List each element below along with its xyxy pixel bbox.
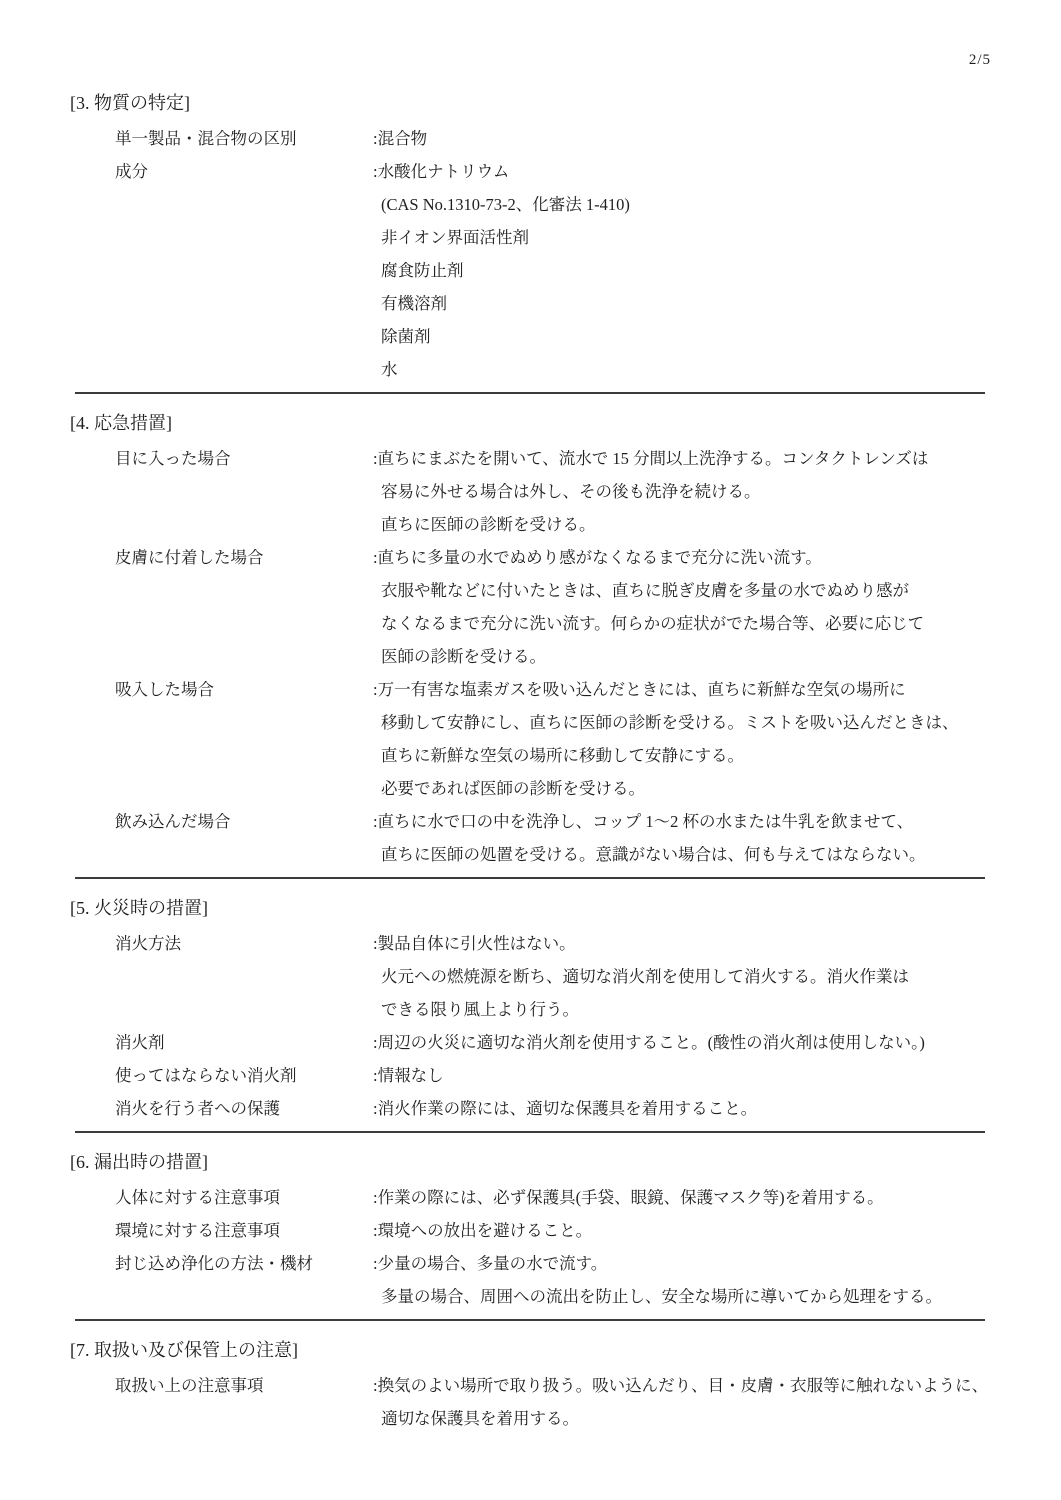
field-value-line: なくなるまで充分に洗い流す。何らかの症状がでた場合等、必要に応じて [373,607,1061,640]
field-label: 人体に対する注意事項 [115,1181,373,1214]
field-label: 封じ込め浄化の方法・機材 [115,1247,373,1280]
field-value-line: 直ちに医師の診断を受ける。 [373,508,1061,541]
field-value-line: :環境への放出を避けること。 [373,1214,1061,1247]
field-value-line: 適切な保護具を着用する。 [373,1402,1061,1435]
field-value: :製品自体に引火性はない。火元への燃焼源を断ち、適切な消火剤を使用して消火する。… [373,927,1061,1026]
sds-document-page: 2/5 [3. 物質の特定]単一製品・混合物の区別:混合物成分:水酸化ナトリウム… [0,0,1061,1500]
field-value-line: 容易に外せる場合は外し、その後も洗浄を続ける。 [373,475,1061,508]
field-value-line: 水 [373,353,1061,386]
field-row: 吸入した場合:万一有害な塩素ガスを吸い込んだときには、直ちに新鮮な空気の場所に移… [115,673,1061,805]
field-row: 人体に対する注意事項:作業の際には、必ず保護具(手袋、眼鏡、保護マスク等)を着用… [115,1181,1061,1214]
field-label: 環境に対する注意事項 [115,1214,373,1247]
field-label: 目に入った場合 [115,442,373,475]
field-row: 取扱い上の注意事項:換気のよい場所で取り扱う。吸い込んだり、目・皮膚・衣服等に触… [115,1369,1061,1435]
field-value-line: :情報なし [373,1059,1061,1092]
field-label: 皮膚に付着した場合 [115,541,373,574]
document-sections: [3. 物質の特定]単一製品・混合物の区別:混合物成分:水酸化ナトリウム(CAS… [0,0,1061,1435]
field-row: 封じ込め浄化の方法・機材:少量の場合、多量の水で流す。多量の場合、周囲への流出を… [115,1247,1061,1313]
field-row: 飲み込んだ場合:直ちに水で口の中を洗浄し、コップ 1〜2 杯の水または牛乳を飲ま… [115,805,1061,871]
field-value-line: :直ちに多量の水でぬめり感がなくなるまで充分に洗い流す。 [373,541,1061,574]
section-3-substance-identification: [3. 物質の特定]単一製品・混合物の区別:混合物成分:水酸化ナトリウム(CAS… [0,87,1061,386]
field-value: :情報なし [373,1059,1061,1092]
field-label: 消火を行う者への保護 [115,1092,373,1125]
field-row: 消火を行う者への保護:消火作業の際には、適切な保護具を着用すること。 [115,1092,1061,1125]
field-row: 環境に対する注意事項:環境への放出を避けること。 [115,1214,1061,1247]
field-value-line: :万一有害な塩素ガスを吸い込んだときには、直ちに新鮮な空気の場所に [373,673,1061,706]
field-value-line: できる限り風上より行う。 [373,993,1061,1026]
field-value: :周辺の火災に適切な消火剤を使用すること。(酸性の消火剤は使用しない。) [373,1026,1061,1059]
field-label: 飲み込んだ場合 [115,805,373,838]
section-title: [3. 物質の特定] [70,87,1061,120]
field-row: 消火剤:周辺の火災に適切な消火剤を使用すること。(酸性の消火剤は使用しない。) [115,1026,1061,1059]
field-value: :直ちに水で口の中を洗浄し、コップ 1〜2 杯の水または牛乳を飲ませて、直ちに医… [373,805,1061,871]
field-row: 成分:水酸化ナトリウム(CAS No.1310-73-2、化審法 1-410)非… [115,155,1061,386]
field-value-line: (CAS No.1310-73-2、化審法 1-410) [373,188,1061,221]
field-value-line: :製品自体に引火性はない。 [373,927,1061,960]
field-row: 目に入った場合:直ちにまぶたを開いて、流水で 15 分間以上洗浄する。コンタクト… [115,442,1061,541]
section-7-handling-and-storage: [7. 取扱い及び保管上の注意]取扱い上の注意事項:換気のよい場所で取り扱う。吸… [0,1334,1061,1435]
field-value-line: 医師の診断を受ける。 [373,640,1061,673]
field-value-line: 直ちに新鮮な空気の場所に移動して安静にする。 [373,739,1061,772]
field-value-line: :直ちにまぶたを開いて、流水で 15 分間以上洗浄する。コンタクトレンズは [373,442,1061,475]
field-value-line: 火元への燃焼源を断ち、適切な消火剤を使用して消火する。消火作業は [373,960,1061,993]
field-value-line: :混合物 [373,122,1061,155]
field-row: 消火方法:製品自体に引火性はない。火元への燃焼源を断ち、適切な消火剤を使用して消… [115,927,1061,1026]
field-value-line: 移動して安静にし、直ちに医師の診断を受ける。ミストを吸い込んだときは、 [373,706,1061,739]
field-value-line: 衣服や靴などに付いたときは、直ちに脱ぎ皮膚を多量の水でぬめり感が [373,574,1061,607]
field-value-line: 腐食防止剤 [373,254,1061,287]
section-5-fire-fighting-measures: [5. 火災時の措置]消火方法:製品自体に引火性はない。火元への燃焼源を断ち、適… [0,892,1061,1125]
field-label: 取扱い上の注意事項 [115,1369,373,1402]
field-row: 単一製品・混合物の区別:混合物 [115,122,1061,155]
field-value-line: :作業の際には、必ず保護具(手袋、眼鏡、保護マスク等)を着用する。 [373,1181,1061,1214]
field-value: :混合物 [373,122,1061,155]
field-value-line: 直ちに医師の処置を受ける。意識がない場合は、何も与えてはならない。 [373,838,1061,871]
field-value-line: :水酸化ナトリウム [373,155,1061,188]
section-title: [4. 応急措置] [70,407,1061,440]
field-value: :万一有害な塩素ガスを吸い込んだときには、直ちに新鮮な空気の場所に移動して安静に… [373,673,1061,805]
field-value: :環境への放出を避けること。 [373,1214,1061,1247]
field-label: 成分 [115,155,373,188]
field-value: :直ちに多量の水でぬめり感がなくなるまで充分に洗い流す。衣服や靴などに付いたとき… [373,541,1061,673]
field-value: :少量の場合、多量の水で流す。多量の場合、周囲への流出を防止し、安全な場所に導い… [373,1247,1061,1313]
field-value-line: 必要であれば医師の診断を受ける。 [373,772,1061,805]
field-value: :水酸化ナトリウム(CAS No.1310-73-2、化審法 1-410)非イオ… [373,155,1061,386]
field-value-line: 除菌剤 [373,320,1061,353]
field-value-line: 多量の場合、周囲への流出を防止し、安全な場所に導いてから処理をする。 [373,1280,1061,1313]
section-title: [5. 火災時の措置] [70,892,1061,925]
field-value: :換気のよい場所で取り扱う。吸い込んだり、目・皮膚・衣服等に触れないように、適切… [373,1369,1061,1435]
field-value-line: 有機溶剤 [373,287,1061,320]
field-value-line: 非イオン界面活性剤 [373,221,1061,254]
section-title: [6. 漏出時の措置] [70,1146,1061,1179]
field-value: :直ちにまぶたを開いて、流水で 15 分間以上洗浄する。コンタクトレンズは容易に… [373,442,1061,541]
section-divider [75,392,985,394]
section-4-first-aid-measures: [4. 応急措置]目に入った場合:直ちにまぶたを開いて、流水で 15 分間以上洗… [0,407,1061,871]
field-value-line: :換気のよい場所で取り扱う。吸い込んだり、目・皮膚・衣服等に触れないように、 [373,1369,1061,1402]
field-label: 単一製品・混合物の区別 [115,122,373,155]
field-label: 使ってはならない消火剤 [115,1059,373,1092]
field-row: 使ってはならない消火剤:情報なし [115,1059,1061,1092]
section-title: [7. 取扱い及び保管上の注意] [70,1334,1061,1367]
section-6-accidental-release-measures: [6. 漏出時の措置]人体に対する注意事項:作業の際には、必ず保護具(手袋、眼鏡… [0,1146,1061,1313]
field-row: 皮膚に付着した場合:直ちに多量の水でぬめり感がなくなるまで充分に洗い流す。衣服や… [115,541,1061,673]
field-value-line: :直ちに水で口の中を洗浄し、コップ 1〜2 杯の水または牛乳を飲ませて、 [373,805,1061,838]
section-divider [75,877,985,879]
field-value-line: :少量の場合、多量の水で流す。 [373,1247,1061,1280]
field-label: 吸入した場合 [115,673,373,706]
field-value: :作業の際には、必ず保護具(手袋、眼鏡、保護マスク等)を着用する。 [373,1181,1061,1214]
page-number: 2/5 [969,52,991,69]
field-value: :消火作業の際には、適切な保護具を着用すること。 [373,1092,1061,1125]
section-divider [75,1319,985,1321]
field-value-line: :周辺の火災に適切な消火剤を使用すること。(酸性の消火剤は使用しない。) [373,1026,1061,1059]
field-label: 消火剤 [115,1026,373,1059]
section-divider [75,1131,985,1133]
field-value-line: :消火作業の際には、適切な保護具を着用すること。 [373,1092,1061,1125]
field-label: 消火方法 [115,927,373,960]
